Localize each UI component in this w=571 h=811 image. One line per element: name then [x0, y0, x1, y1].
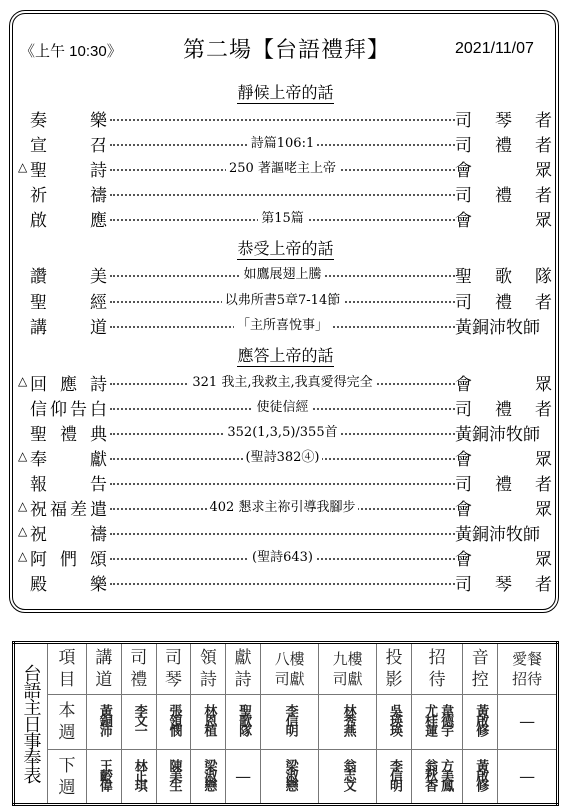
person-name: 王齡偉	[97, 759, 111, 789]
item-content-text: 402 懇求主祢引導我腳步	[207, 500, 359, 515]
roster-column-header-text: 講道	[94, 647, 114, 691]
person-names: 梁淑戀	[201, 759, 215, 789]
item-label: 講道	[18, 313, 110, 337]
item-role: 司琴者	[455, 570, 553, 594]
item-label-char: 聖	[30, 288, 47, 313]
role-char: 者	[535, 288, 552, 313]
role-char: 會	[455, 545, 472, 570]
person-name: 黃銅沛	[97, 704, 111, 734]
person-names: 李信明	[283, 704, 297, 734]
roster-cell: 李信明	[377, 750, 412, 805]
role-char: 者	[535, 470, 552, 495]
roster-cell: 翁志文	[319, 750, 377, 805]
role-char: 眾	[535, 156, 552, 181]
item-label: 讚美	[18, 262, 110, 286]
person-name: 林秀燕	[341, 704, 355, 734]
bulletin-header: 《上午 10:30》 第二場【台語禮拜】 2021/11/07	[0, 32, 571, 62]
item-label-char: 道	[90, 313, 107, 338]
roster-row: 台語主日事奉表項目講道司禮司琴領詩獻詩八樓司獻九樓司獻投影招待音控愛餐招待	[14, 643, 558, 695]
person-name: 黃啟修	[473, 759, 487, 789]
item-label-char: 福	[50, 495, 67, 520]
program-item: △回應詩321 我主,我救主,我真愛得完全會眾	[18, 370, 553, 394]
program-item: 啟應第15篇會眾	[18, 206, 553, 230]
role-char: 眾	[535, 370, 552, 395]
section-title: 恭受上帝的話	[237, 239, 333, 260]
service-date: 2021/11/07	[455, 40, 534, 58]
person-name: 李信明	[283, 704, 297, 734]
item-role: 會眾	[455, 370, 553, 394]
item-label-char: 應	[60, 370, 77, 395]
item-label-char: 告	[90, 470, 107, 495]
program-item: △祝福差遣402 懇求主祢引導我腳步會眾	[18, 495, 553, 519]
item-label-char: 禮	[60, 420, 77, 445]
role-char: 者	[535, 131, 552, 156]
role-char: 會	[455, 370, 472, 395]
item-label-char: 樂	[90, 570, 107, 595]
item-content-text: 352(1,3,5)/355首	[224, 425, 340, 440]
roster-column-header-text: 愛餐招待	[510, 649, 544, 689]
item-label-char: 講	[30, 313, 47, 338]
item-label-char: 奉	[30, 445, 47, 470]
person-name: 黃啟修	[473, 704, 487, 734]
item-label-char: 信	[30, 395, 47, 420]
person-name: 聖歌隊	[236, 704, 250, 734]
program-item: 聖禮典352(1,3,5)/355首黃銅沛牧師	[18, 420, 553, 444]
item-content-text: (聖詩643)	[249, 550, 316, 565]
role-char: 司	[455, 470, 472, 495]
roster-row-label: 項目	[48, 643, 87, 695]
congregation-stand-marker: △	[18, 549, 27, 563]
program-item: 講道「主所喜悅事」黃銅沛牧師	[18, 313, 553, 337]
program-item: 信仰告白使徒信經司禮者	[18, 395, 553, 419]
roster-row: 本週黃銅沛李文一張領憫林恩植聖歌隊李信明林秀燕吳瑛瑛韋德宇尤桂蓮黃啟修—	[14, 695, 558, 750]
empty-dash: —	[519, 767, 535, 786]
item-label-char: 宣	[30, 131, 47, 156]
dot-leader	[110, 483, 455, 485]
section-heading: 應答上帝的話	[0, 343, 571, 366]
item-label: 祈禱	[18, 181, 110, 205]
item-label-char: 典	[90, 420, 107, 445]
person-names: 王齡偉	[97, 759, 111, 789]
dot-leader	[110, 583, 455, 585]
dot-leader	[110, 194, 455, 196]
item-label-char: 聖	[30, 420, 47, 445]
role-char: 眾	[535, 495, 552, 520]
item-content-text: 詩篇106:1	[248, 136, 317, 151]
roster-cell: 李文一	[121, 695, 156, 750]
person-names: 黃啟修	[473, 704, 487, 734]
person-name: 李信明	[387, 759, 401, 789]
roster-column-header-text: 音控	[470, 647, 490, 691]
congregation-stand-marker: △	[18, 160, 27, 174]
person-name: 梁淑戀	[283, 759, 297, 789]
item-label: 信仰告白	[18, 395, 110, 419]
item-role: 司禮者	[455, 131, 553, 155]
role-char: 司	[455, 395, 472, 420]
role-char: 會	[455, 495, 472, 520]
item-label-char: 召	[90, 131, 107, 156]
item-label: 啟應	[18, 206, 110, 230]
person-names: 林恩植	[201, 704, 215, 734]
item-content-text: (聖詩382④)	[243, 450, 323, 465]
role-char: 眾	[535, 206, 552, 231]
item-content: 以弗所書5章7-14節	[110, 289, 455, 308]
program-item: △奉獻(聖詩382④)會眾	[18, 445, 553, 469]
item-content-text: 250 著謳咾主上帝	[226, 161, 339, 176]
roster-cell: 吳瑛瑛	[377, 695, 412, 750]
item-label: △祝禱	[18, 520, 110, 544]
roster-row-label-text: 下週	[57, 755, 77, 799]
congregation-stand-marker: △	[18, 449, 27, 463]
role-char: 眾	[535, 545, 552, 570]
section-heading: 靜候上帝的話	[0, 80, 571, 103]
item-label-char: 樂	[90, 106, 107, 131]
item-label-char: 告	[70, 395, 87, 420]
role-char: 歌	[495, 262, 512, 287]
roster-row-label: 下週	[48, 750, 87, 805]
person-name: 翁秋香	[422, 759, 436, 789]
roster-column-header-text: 司琴	[164, 647, 184, 691]
item-role: 黃銅沛牧師	[455, 420, 553, 444]
item-label-char: 詩	[90, 370, 107, 395]
roster-cell: 林秀燕	[319, 695, 377, 750]
person-names: 李文一	[132, 704, 146, 734]
roster-cell: 李信明	[261, 695, 319, 750]
roster-column-header-text: 八樓司獻	[273, 649, 307, 689]
role-char: 禮	[495, 288, 512, 313]
item-content: 第15篇	[110, 207, 455, 226]
item-content: (聖詩382④)	[110, 446, 455, 465]
item-content: 使徒信經	[110, 396, 455, 415]
service-time: 《上午 10:30》	[20, 40, 122, 61]
role-char: 禮	[495, 395, 512, 420]
person-names: 張領憫	[167, 704, 181, 734]
person-name: 梁淑戀	[201, 759, 215, 789]
item-content: 250 著謳咾主上帝	[110, 157, 455, 176]
empty-dash: —	[519, 712, 535, 731]
congregation-stand-marker: △	[18, 374, 27, 388]
section-title: 靜候上帝的話	[237, 83, 333, 104]
program-item: 聖經以弗所書5章7-14節司禮者	[18, 288, 553, 312]
item-label-char: 差	[70, 495, 87, 520]
item-label-char: 報	[30, 470, 47, 495]
roster-column-header-text: 投影	[384, 647, 404, 691]
dot-leader	[110, 533, 455, 535]
roster-column-header: 音控	[463, 643, 498, 695]
role-char: 司	[455, 106, 472, 131]
item-label: 宣召	[18, 131, 110, 155]
person-name: 林正琪	[132, 759, 146, 789]
person-names: 聖歌隊	[236, 704, 250, 734]
item-content: 如鷹展翅上騰	[110, 263, 455, 282]
person-name: 張領憫	[167, 704, 181, 734]
item-label-char: 祝	[30, 520, 47, 545]
roster-row-label-text: 本週	[57, 700, 77, 744]
item-label-char: 獻	[90, 445, 107, 470]
item-label: 報告	[18, 470, 110, 494]
item-content: 詩篇106:1	[110, 132, 455, 151]
item-label-char: 白	[90, 395, 107, 420]
item-label-char: 頌	[90, 545, 107, 570]
roster-row: 下週王齡偉林正琪陳美生梁淑戀—梁淑戀翁志文李信明方美鳳翁秋香黃啟修—	[14, 750, 558, 805]
program-item: 殿樂司琴者	[18, 570, 553, 594]
role-char: 隊	[535, 262, 552, 287]
roster-column-header-text: 招待	[427, 647, 447, 691]
item-content: 「主所喜悅事」	[110, 314, 455, 333]
roster-cell: 黃啟修	[463, 695, 498, 750]
role-char: 琴	[495, 570, 512, 595]
section-title: 應答上帝的話	[237, 346, 333, 367]
person-name: 林恩植	[201, 704, 215, 734]
item-label: △祝福差遣	[18, 495, 110, 519]
item-role: 會眾	[455, 445, 553, 469]
person-name: 陳美生	[167, 759, 181, 789]
item-content-text: 第15篇	[258, 211, 307, 226]
program-item: △聖詩250 著謳咾主上帝會眾	[18, 156, 553, 180]
item-content-text: 以弗所書5章7-14節	[222, 293, 343, 308]
person-names: 李信明	[387, 759, 401, 789]
person-names: 黃啟修	[473, 759, 487, 789]
roster-column-header: 招待	[411, 643, 462, 695]
roster-cell: 韋德宇尤桂蓮	[411, 695, 462, 750]
item-role: 黃銅沛牧師	[455, 313, 553, 337]
role-char: 者	[535, 181, 552, 206]
item-label-char: 聖	[30, 156, 47, 181]
roster-column-header: 愛餐招待	[498, 643, 558, 695]
program-item: 奏樂司琴者	[18, 106, 553, 130]
item-content-text: 如鷹展翅上騰	[240, 267, 324, 282]
item-label-char: 殿	[30, 570, 47, 595]
person-name: 韋德宇	[438, 704, 452, 734]
dot-leader	[110, 119, 455, 121]
roster-title: 台語主日事奉表	[14, 643, 48, 805]
role-text: 黃銅沛牧師	[455, 313, 540, 338]
item-label-char: 經	[90, 288, 107, 313]
role-char: 司	[455, 131, 472, 156]
item-content: 352(1,3,5)/355首	[110, 421, 455, 440]
program-item: 祈禱司禮者	[18, 181, 553, 205]
roster-column-header-text: 獻詩	[233, 647, 253, 691]
roster-cell: —	[498, 695, 558, 750]
person-names: 翁志文	[341, 759, 355, 789]
role-char: 司	[455, 181, 472, 206]
item-label: 聖經	[18, 288, 110, 312]
item-label-char: 奏	[30, 106, 47, 131]
program-item: 宣召詩篇106:1司禮者	[18, 131, 553, 155]
item-label-char: 祈	[30, 181, 47, 206]
roster-cell: 梁淑戀	[191, 750, 226, 805]
roster-cell: 聖歌隊	[226, 695, 261, 750]
role-char: 聖	[455, 262, 472, 287]
section-heading: 恭受上帝的話	[0, 236, 571, 259]
person-names: 黃銅沛	[97, 704, 111, 734]
role-char: 琴	[495, 106, 512, 131]
program-item: 讚美如鷹展翅上騰聖歌隊	[18, 262, 553, 286]
item-label-char: 阿	[30, 545, 47, 570]
program-item: △阿們頌(聖詩643)會眾	[18, 545, 553, 569]
item-label-char: 啟	[30, 206, 47, 231]
item-content: 321 我主,我救主,我真愛得完全	[110, 371, 455, 390]
person-name: 翁志文	[341, 759, 355, 789]
roster-cell: —	[498, 750, 558, 805]
role-char: 禮	[495, 470, 512, 495]
item-role: 會眾	[455, 545, 553, 569]
roster-column-header: 九樓司獻	[319, 643, 377, 695]
program-item: △祝禱黃銅沛牧師	[18, 520, 553, 544]
item-role: 司禮者	[455, 288, 553, 312]
role-char: 眾	[535, 445, 552, 470]
roster-cell: 陳美生	[156, 750, 191, 805]
roster-cell: 方美鳳翁秋香	[411, 750, 462, 805]
item-role: 會眾	[455, 495, 553, 519]
item-role: 司禮者	[455, 395, 553, 419]
roster-cell: 王齡偉	[87, 750, 122, 805]
roster-column-header-text: 九樓司獻	[331, 649, 365, 689]
role-char: 者	[535, 395, 552, 420]
roster-cell: 張領憫	[156, 695, 191, 750]
item-content-text: 使徒信經	[253, 400, 311, 415]
item-label-char: 們	[60, 545, 77, 570]
person-names: 韋德宇尤桂蓮	[422, 704, 452, 734]
role-char: 會	[455, 206, 472, 231]
page-title: 第二場【台語禮拜】	[183, 33, 390, 64]
roster-column-header: 講道	[87, 643, 122, 695]
item-label-char: 應	[90, 206, 107, 231]
roster-column-header: 領詩	[191, 643, 226, 695]
program-item: 報告司禮者	[18, 470, 553, 494]
item-label-char: 詩	[90, 156, 107, 181]
item-label: 殿樂	[18, 570, 110, 594]
item-label-char: 禱	[90, 181, 107, 206]
item-label-char: 禱	[90, 520, 107, 545]
roster-cell: 黃銅沛	[87, 695, 122, 750]
item-label: △阿們頌	[18, 545, 110, 569]
roster-column-header: 八樓司獻	[261, 643, 319, 695]
person-name: 吳瑛瑛	[387, 704, 401, 734]
roster-row-label: 本週	[48, 695, 87, 750]
item-content-text: 「主所喜悅事」	[234, 318, 331, 333]
role-char: 禮	[495, 181, 512, 206]
person-names: 吳瑛瑛	[387, 704, 401, 734]
roster-column-header-text: 領詩	[198, 647, 218, 691]
item-label-char: 讚	[30, 262, 47, 287]
item-label-char: 美	[90, 262, 107, 287]
roster-cell: 黃啟修	[463, 750, 498, 805]
roster-column-header-text: 司禮	[129, 647, 149, 691]
person-names: 方美鳳翁秋香	[422, 759, 452, 789]
roster-cell: 林正琪	[121, 750, 156, 805]
role-char: 禮	[495, 131, 512, 156]
roster-column-header: 投影	[377, 643, 412, 695]
congregation-stand-marker: △	[18, 524, 27, 538]
congregation-stand-marker: △	[18, 499, 27, 513]
item-label-char: 仰	[50, 395, 67, 420]
item-label: 奏樂	[18, 106, 110, 130]
item-label: △聖詩	[18, 156, 110, 180]
item-label: △回應詩	[18, 370, 110, 394]
item-role: 司禮者	[455, 470, 553, 494]
item-label: △奉獻	[18, 445, 110, 469]
roster-column-header: 司琴	[156, 643, 191, 695]
role-char: 司	[455, 570, 472, 595]
item-content: 402 懇求主祢引導我腳步	[110, 496, 455, 515]
item-label: 聖禮典	[18, 420, 110, 444]
role-char: 會	[455, 445, 472, 470]
item-content: (聖詩643)	[110, 546, 455, 565]
duty-roster-table: 台語主日事奉表項目講道司禮司琴領詩獻詩八樓司獻九樓司獻投影招待音控愛餐招待本週黃…	[12, 641, 559, 806]
roster-row-label-text: 項目	[57, 647, 77, 691]
empty-dash: —	[235, 767, 251, 786]
roster-cell: 梁淑戀	[261, 750, 319, 805]
person-names: 林秀燕	[341, 704, 355, 734]
item-label-char: 回	[30, 370, 47, 395]
item-role: 會眾	[455, 206, 553, 230]
person-name: 方美鳳	[438, 759, 452, 789]
role-char: 會	[455, 156, 472, 181]
item-role: 司琴者	[455, 106, 553, 130]
roster-column-header: 司禮	[121, 643, 156, 695]
item-role: 聖歌隊	[455, 262, 553, 286]
item-content-text: 321 我主,我救主,我真愛得完全	[189, 375, 375, 390]
role-text: 黃銅沛牧師	[455, 420, 540, 445]
roster-cell: 林恩植	[191, 695, 226, 750]
person-names: 陳美生	[167, 759, 181, 789]
role-text: 黃銅沛牧師	[455, 520, 540, 545]
item-label-char: 遣	[90, 495, 107, 520]
roster-column-header: 獻詩	[226, 643, 261, 695]
roster-cell: —	[226, 750, 261, 805]
role-char: 者	[535, 570, 552, 595]
item-role: 黃銅沛牧師	[455, 520, 553, 544]
person-names: 林正琪	[132, 759, 146, 789]
item-role: 會眾	[455, 156, 553, 180]
person-name: 尤桂蓮	[422, 704, 436, 734]
role-char: 者	[535, 106, 552, 131]
person-names: 梁淑戀	[283, 759, 297, 789]
person-name: 李文一	[132, 704, 146, 734]
role-char: 司	[455, 288, 472, 313]
item-label-char: 祝	[30, 495, 47, 520]
item-role: 司禮者	[455, 181, 553, 205]
